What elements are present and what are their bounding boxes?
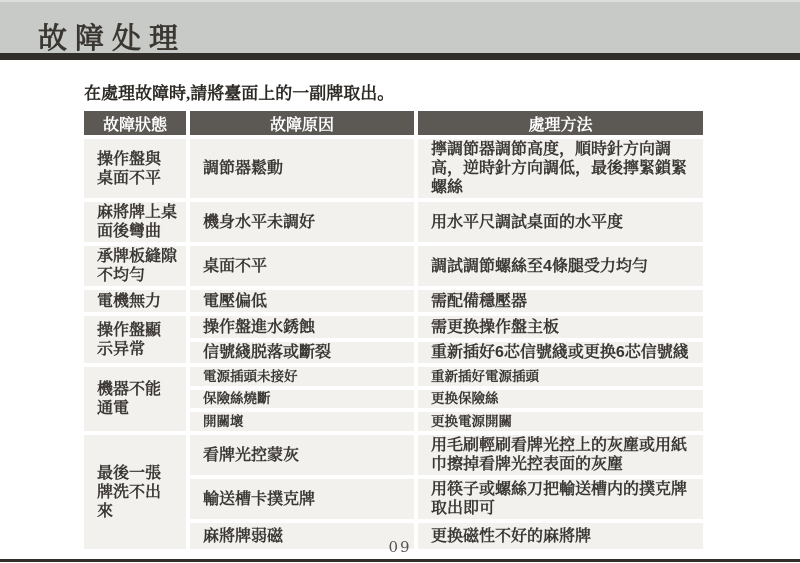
cell-solution: 擰調節器調節高度，順時針方向調高，逆時針方向調低，最後擰緊鎖緊螺絲 xyxy=(418,139,703,198)
table-row: 承牌板縫隙 不均勻 桌面不平 調試調節螺絲至4條腿受力均勻 xyxy=(84,246,703,286)
cell-fault-cause: 電壓偏低 xyxy=(190,290,414,312)
cell-solution: 重新插好電源插頭 xyxy=(418,367,703,386)
troubleshooting-table: 故障狀態 故障原因 處理方法 操作盤與 桌面不平 調節器鬆動 擰調節器調節高度，… xyxy=(80,107,707,553)
cell-fault-cause: 看牌光控蒙灰 xyxy=(190,435,414,475)
table-row: 機器不能 通電 電源插頭未接好 重新插好電源插頭 xyxy=(84,367,703,386)
table-row: 操作盤顯 示异常 操作盤進水銹蝕 需更换操作盤主板 xyxy=(84,316,703,338)
cell-solution: 更换保險絲 xyxy=(418,390,703,408)
page-title: 故障处理 xyxy=(38,16,186,57)
column-header-fault-state: 故障狀態 xyxy=(84,111,186,135)
cell-fault-state: 機器不能 通電 xyxy=(84,367,186,431)
page-header-banner: 故障处理 xyxy=(0,0,800,53)
cell-fault-cause: 輸送槽卡撲克牌 xyxy=(190,479,414,519)
cell-fault-cause: 保險絲燒斷 xyxy=(190,390,414,408)
cell-fault-state: 電機無力 xyxy=(84,290,186,312)
cell-fault-state: 最後一張 牌洗不出 來 xyxy=(84,435,186,549)
table-row: 電機無力 電壓偏低 需配備穩壓器 xyxy=(84,290,703,312)
cell-fault-cause: 調節器鬆動 xyxy=(190,139,414,198)
table-row: 最後一張 牌洗不出 來 看牌光控蒙灰 用毛刷輕刷看牌光控上的灰塵或用紙巾擦掉看牌… xyxy=(84,435,703,475)
cell-solution: 用毛刷輕刷看牌光控上的灰塵或用紙巾擦掉看牌光控表面的灰塵 xyxy=(418,435,703,475)
cell-fault-cause: 桌面不平 xyxy=(190,246,414,286)
table-header-row: 故障狀態 故障原因 處理方法 xyxy=(84,111,703,135)
cell-fault-cause: 信號綫脱落或斷裂 xyxy=(190,342,414,363)
cell-fault-state: 承牌板縫隙 不均勻 xyxy=(84,246,186,286)
intro-text: 在處理故障時,請將臺面上的一副牌取出。 xyxy=(84,83,800,105)
cell-solution: 用水平尺調試桌面的水平度 xyxy=(418,202,703,242)
cell-solution: 用筷子或螺絲刀把輸送槽内的撲克牌取出即可 xyxy=(418,479,703,519)
table-row: 麻將牌上桌 面後彎曲 機身水平未調好 用水平尺調試桌面的水平度 xyxy=(84,202,703,242)
column-header-solution: 處理方法 xyxy=(418,111,703,135)
cell-fault-cause: 開關壞 xyxy=(190,412,414,431)
cell-fault-cause: 機身水平未調好 xyxy=(190,202,414,242)
cell-fault-state: 操作盤顯 示异常 xyxy=(84,316,186,363)
column-header-fault-cause: 故障原因 xyxy=(190,111,414,135)
manual-page: 故障处理 在處理故障時,請將臺面上的一副牌取出。 故障狀態 故障原因 處理方法 … xyxy=(0,0,800,563)
cell-fault-state: 麻將牌上桌 面後彎曲 xyxy=(84,202,186,242)
cell-solution: 需更换操作盤主板 xyxy=(418,316,703,338)
page-number: 09 xyxy=(0,538,800,556)
cell-fault-cause: 操作盤進水銹蝕 xyxy=(190,316,414,338)
cell-solution: 調試調節螺絲至4條腿受力均勻 xyxy=(418,246,703,286)
footer-rule xyxy=(0,559,800,562)
table-row: 操作盤與 桌面不平 調節器鬆動 擰調節器調節高度，順時針方向調高，逆時針方向調低… xyxy=(84,139,703,198)
cell-solution: 更换電源開關 xyxy=(418,412,703,431)
cell-fault-cause: 電源插頭未接好 xyxy=(190,367,414,386)
cell-solution: 重新插好6芯信號綫或更换6芯信號綫 xyxy=(418,342,703,363)
cell-fault-state: 操作盤與 桌面不平 xyxy=(84,139,186,198)
cell-solution: 需配備穩壓器 xyxy=(418,290,703,312)
